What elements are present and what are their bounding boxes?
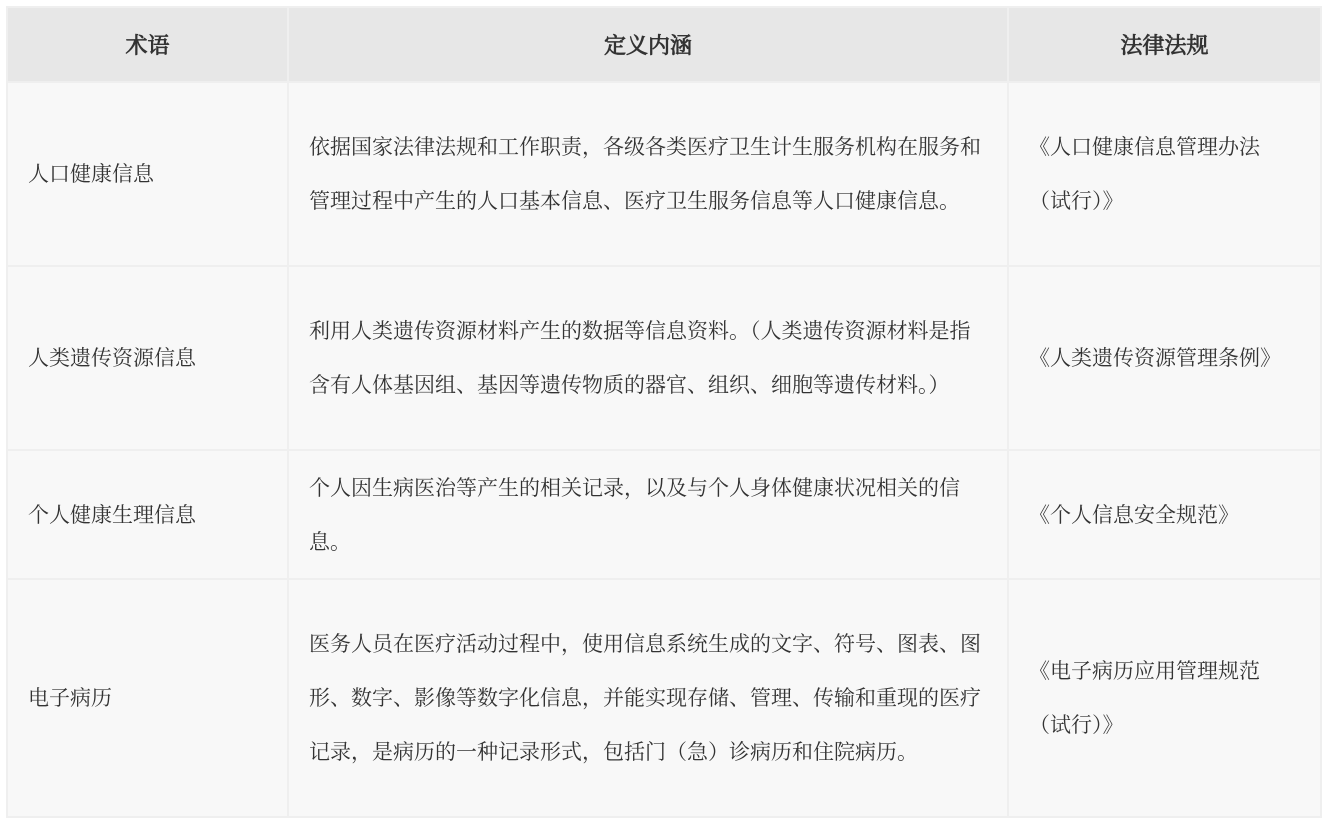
law-cell: 《电子病历应用管理规范（试行）》 [1008,579,1321,817]
term-cell: 电子病历 [7,579,288,817]
table-row: 人类遗传资源信息 利用人类遗传资源材料产生的数据等信息资料。（人类遗传资源材料是… [7,266,1321,450]
law-cell: 《人类遗传资源管理条例》 [1008,266,1321,450]
definition-cell: 医务人员在医疗活动过程中，使用信息系统生成的文字、符号、图表、图形、数字、影像等… [288,579,1008,817]
law-cell: 《人口健康信息管理办法（试行）》 [1008,82,1321,266]
term-cell: 人类遗传资源信息 [7,266,288,450]
definition-cell: 利用人类遗传资源材料产生的数据等信息资料。（人类遗传资源材料是指含有人体基因组、… [288,266,1008,450]
header-definition: 定义内涵 [288,7,1008,82]
table-header-row: 术语 定义内涵 法律法规 [7,7,1321,82]
header-law: 法律法规 [1008,7,1321,82]
definition-cell: 个人因生病医治等产生的相关记录，以及与个人身体健康状况相关的信息。 [288,450,1008,579]
terms-table-container: 术语 定义内涵 法律法规 人口健康信息 依据国家法律法规和工作职责，各级各类医疗… [6,6,1320,818]
header-term: 术语 [7,7,288,82]
table-row: 电子病历 医务人员在医疗活动过程中，使用信息系统生成的文字、符号、图表、图形、数… [7,579,1321,817]
health-data-terms-table: 术语 定义内涵 法律法规 人口健康信息 依据国家法律法规和工作职责，各级各类医疗… [6,6,1322,818]
term-cell: 个人健康生理信息 [7,450,288,579]
law-cell: 《个人信息安全规范》 [1008,450,1321,579]
table-row: 人口健康信息 依据国家法律法规和工作职责，各级各类医疗卫生计生服务机构在服务和管… [7,82,1321,266]
table-row: 个人健康生理信息 个人因生病医治等产生的相关记录，以及与个人身体健康状况相关的信… [7,450,1321,579]
term-cell: 人口健康信息 [7,82,288,266]
definition-cell: 依据国家法律法规和工作职责，各级各类医疗卫生计生服务机构在服务和管理过程中产生的… [288,82,1008,266]
